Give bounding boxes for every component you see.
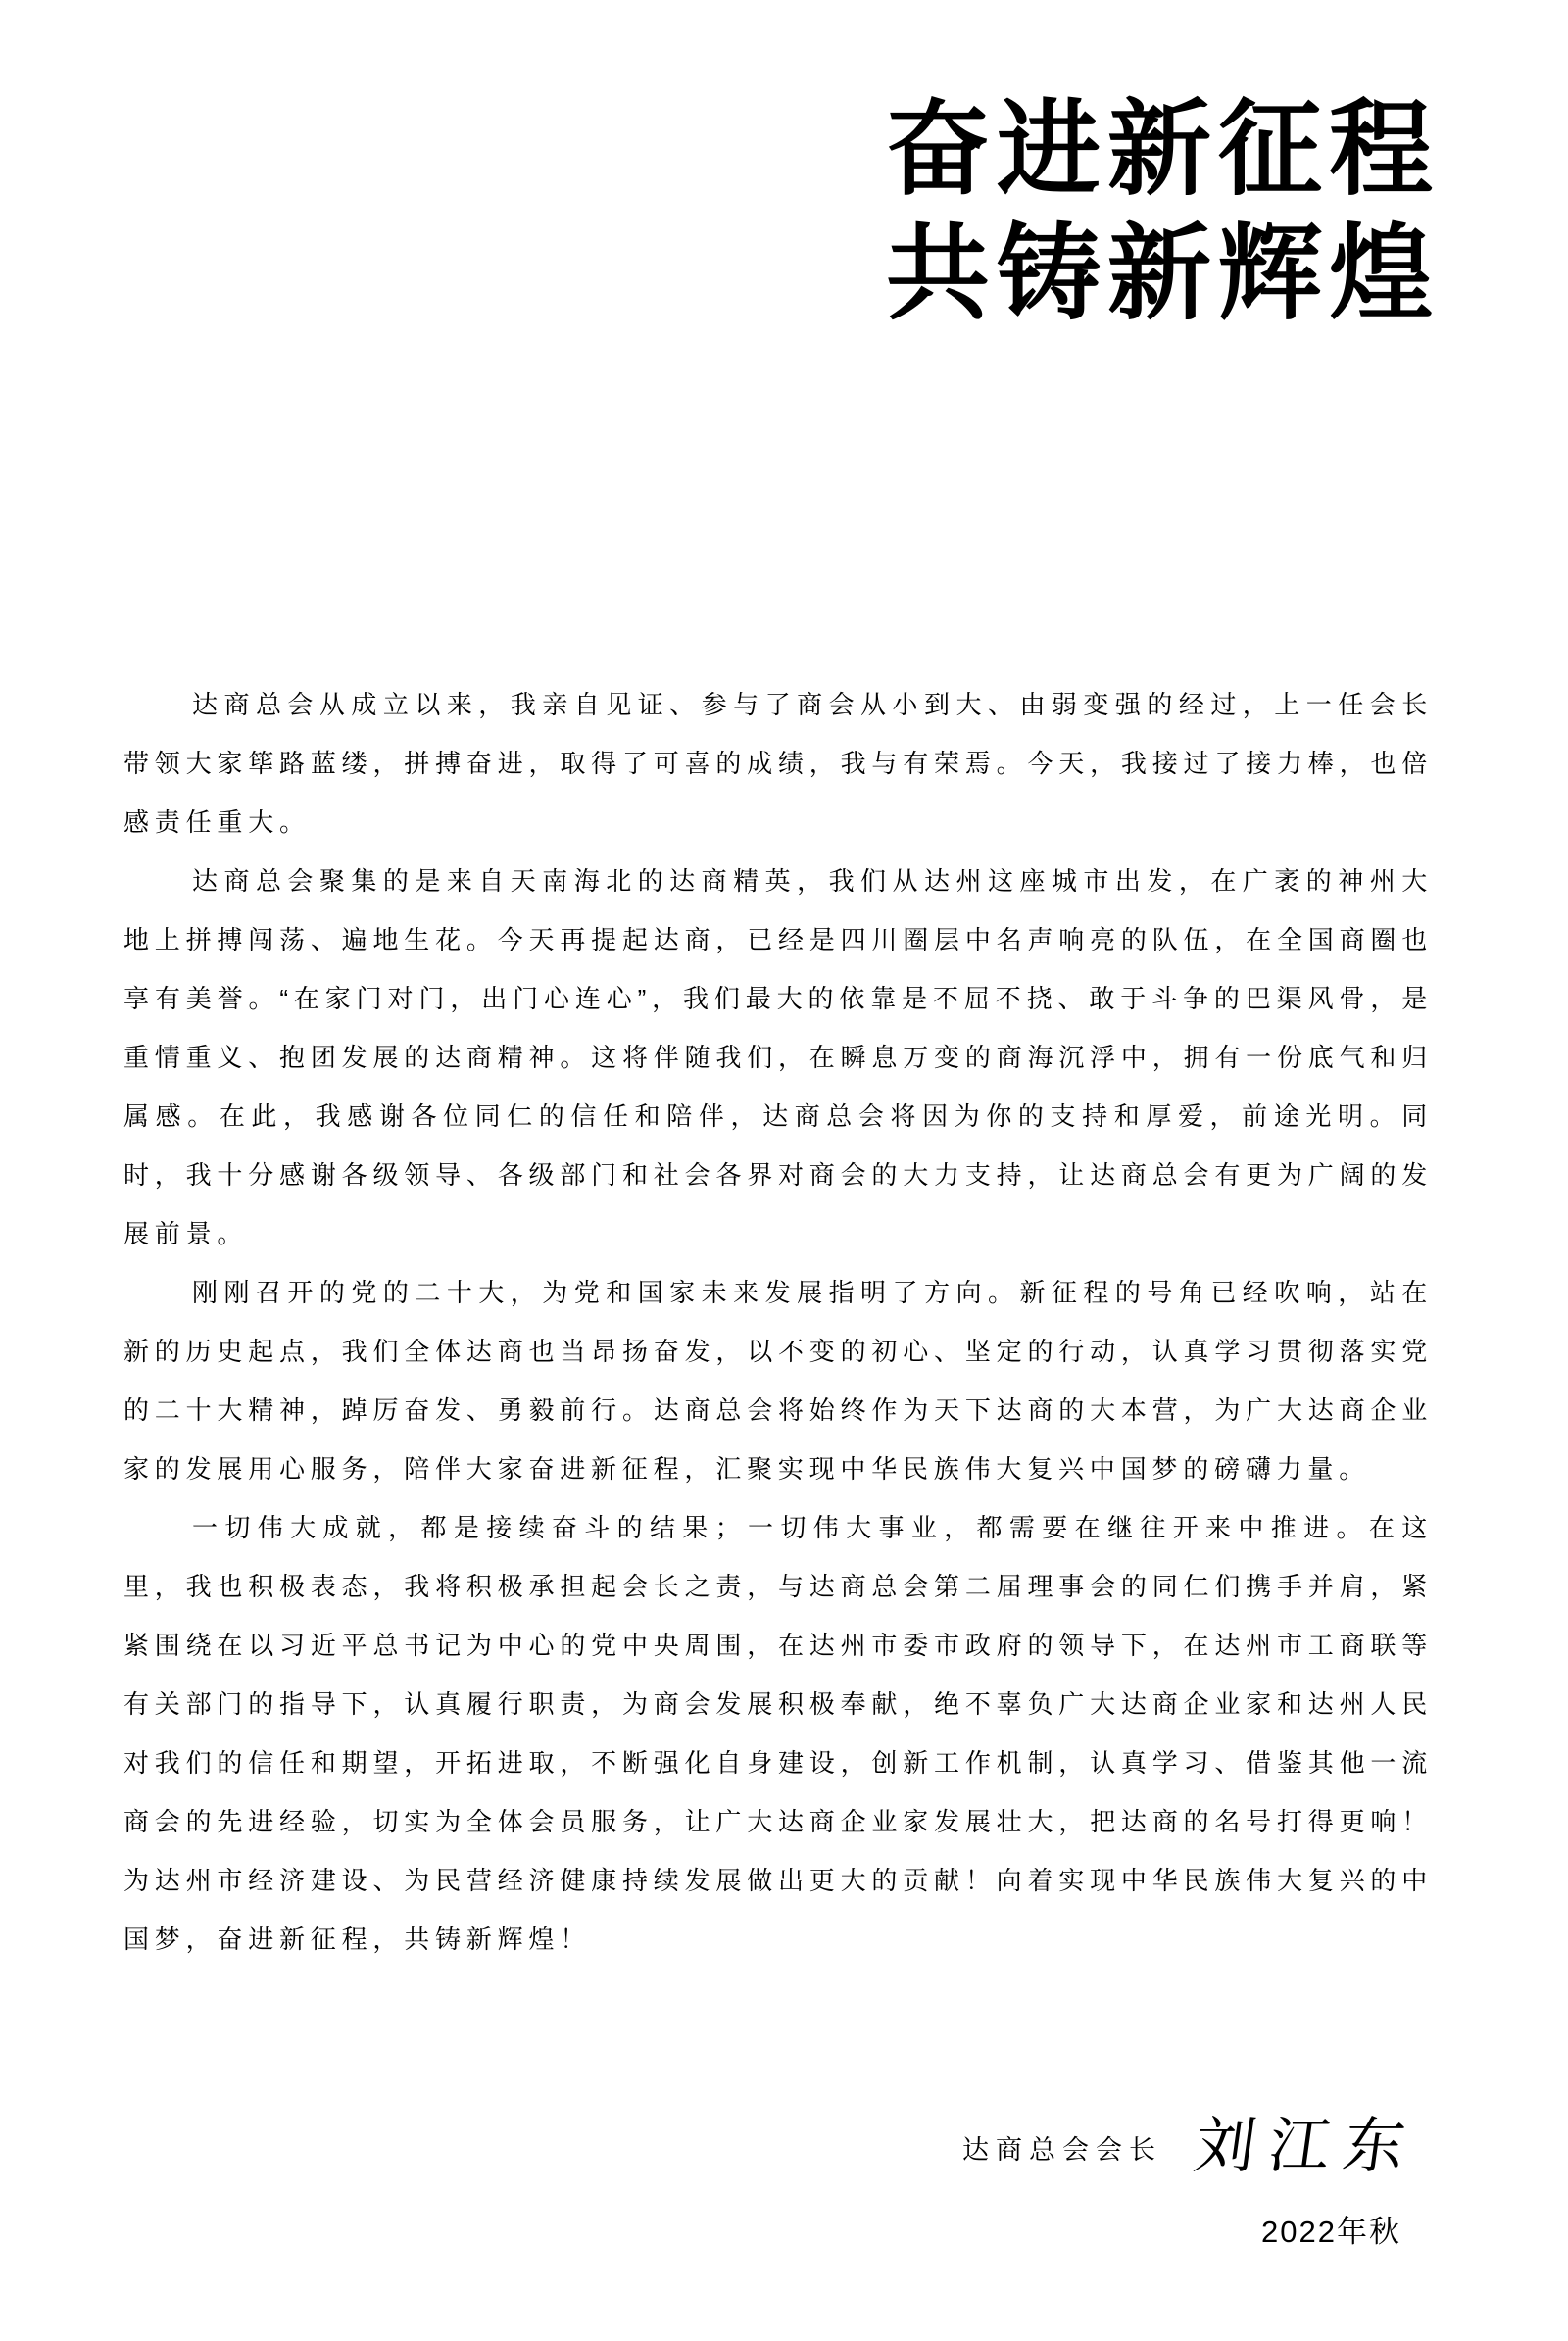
page-title: 奋进新征程 共铸新辉煌 (886, 88, 1433, 337)
title-line-2: 共铸新辉煌 (886, 213, 1440, 337)
paragraph-3: 刚刚召开的党的二十大，为党和国家未来发展指明了方向。新征程的号角已经吹响，站在新… (123, 1263, 1433, 1498)
paragraph-1: 达商总会从成立以来，我亲自见证、参与了商会从小到大、由弱变强的经过，上一任会长带… (123, 675, 1433, 852)
title-line-1: 奋进新征程 (886, 88, 1440, 213)
letter-page: 奋进新征程 共铸新辉煌 达商总会从成立以来，我亲自见证、参与了商会从小到大、由弱… (0, 0, 1568, 2341)
signer-name-signature: 刘江东 (1191, 2117, 1423, 2177)
paragraph-2: 达商总会聚集的是来自天南海北的达商精英，我们从达州这座城市出发，在广袤的神州大地… (123, 852, 1433, 1263)
letter-body: 达商总会从成立以来，我亲自见证、参与了商会从小到大、由弱变强的经过，上一任会长带… (123, 675, 1433, 1969)
signer-role-label: 达商总会会长 (962, 2128, 1162, 2167)
signature-block: 达商总会会长 刘江东 (962, 2117, 1418, 2177)
paragraph-4: 一切伟大成就，都是接续奋斗的结果；一切伟大事业，都需要在继往开来中推进。在这里，… (123, 1498, 1433, 1969)
signature-date: 2022年秋 (1261, 2207, 1401, 2251)
